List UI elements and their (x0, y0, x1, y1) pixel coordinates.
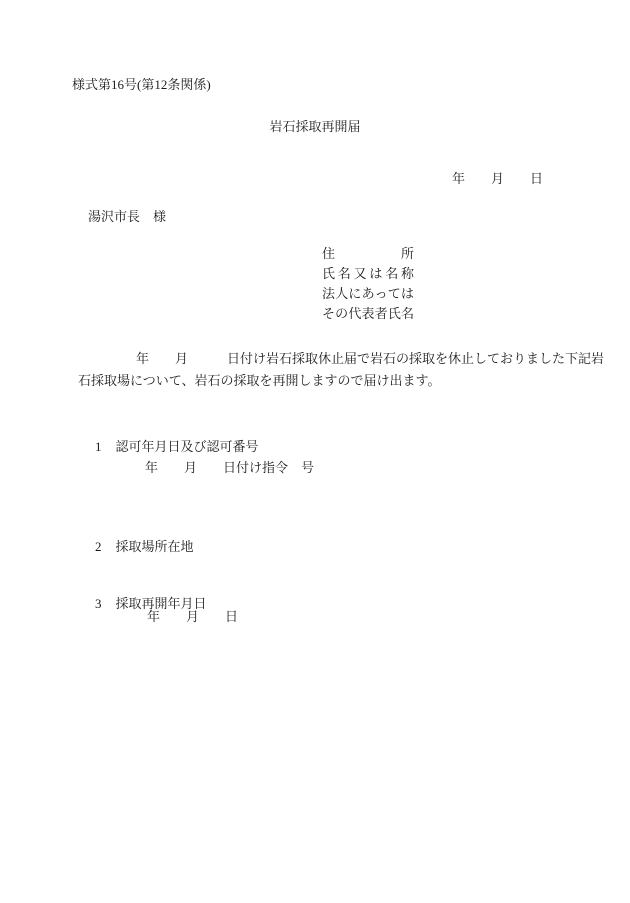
recipient-line: 湯沢市長 様 (88, 208, 166, 225)
applicant-corporation-note-line1: 法人にあっては (322, 284, 414, 304)
form-number: 様式第16号(第12条関係) (72, 76, 211, 93)
item-1-number: 1 (95, 439, 102, 454)
item-1-detail-line: 年 月 日付け指令 号 (145, 459, 314, 476)
item-2-heading: 2採取場所在地 (82, 521, 194, 572)
applicant-block: 住所 氏名又は名称 法人にあっては その代表者氏名 (322, 244, 414, 324)
body-paragraph-line1: 年 月 日付け岩石採取休止届で岩石の採取を休止しておりました下記岩 (136, 350, 604, 367)
item-2-label: 採取場所在地 (116, 539, 194, 554)
body-paragraph-line2: 石採取場について、岩石の採取を再開しますので届け出ます。 (78, 372, 440, 389)
item-3-number: 3 (95, 596, 102, 611)
applicant-corporation-note-line2: その代表者氏名 (322, 304, 414, 324)
item-3-detail-line: 年 月 日 (147, 608, 238, 625)
item-1-label: 認可年月日及び認可番号 (116, 439, 259, 454)
page-title: 岩石採取再開届 (0, 118, 630, 135)
submission-date-line: 年 月 日 (452, 170, 543, 187)
item-2-number: 2 (95, 539, 102, 554)
applicant-name-label: 氏名又は名称 (322, 264, 414, 284)
applicant-address-label: 住所 (322, 244, 414, 264)
document-page: 様式第16号(第12条関係) 岩石採取再開届 年 月 日 湯沢市長 様 住所 氏… (0, 0, 630, 903)
